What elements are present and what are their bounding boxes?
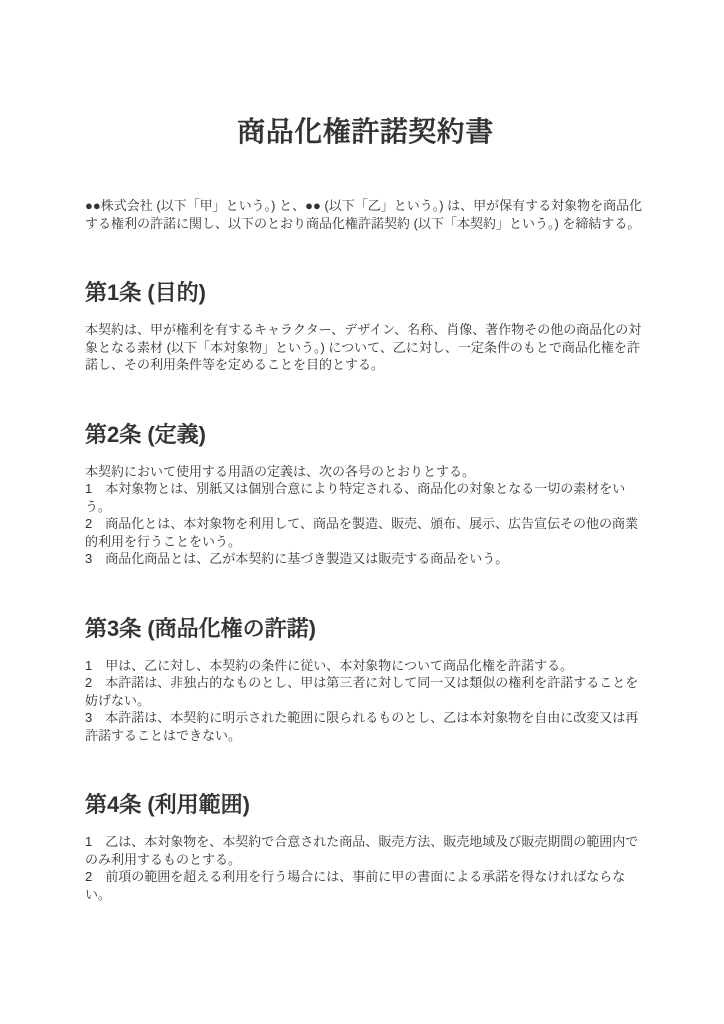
article-2: 第2条 (定義) 本契約において使用する用語の定義は、次の各号のとおりとする。 … [85,420,646,568]
article-4: 第4条 (利用範囲) 1 乙は、本対象物を、本契約で合意された商品、販売方法、販… [85,790,646,903]
article-2-item-1: 1 本対象物とは、別紙又は個別合意により特定される、商品化の対象となる一切の素材… [85,480,646,515]
article-1-paragraph: 本契約は、甲が権利を有するキャラクター、デザイン、名称、肖像、著作物その他の商品… [85,321,646,374]
article-2-item-3: 3 商品化商品とは、乙が本契約に基づき製造又は販売する商品をいう。 [85,550,646,568]
article-3-item-2: 2 本許諾は、非独占的なものとし、甲は第三者に対して同一又は類似の権利を許諾する… [85,674,646,709]
article-4-heading: 第4条 (利用範囲) [85,790,646,819]
article-4-item-1: 1 乙は、本対象物を、本契約で合意された商品、販売方法、販売地域及び販売期間の範… [85,833,646,868]
preamble-paragraph: ●●株式会社 (以下「甲」という。) と、●● (以下「乙」という。) は、甲が… [85,197,646,232]
document-title: 商品化権許諾契約書 [85,113,646,151]
article-3-item-1: 1 甲は、乙に対し、本契約の条件に従い、本対象物について商品化権を許諾する。 [85,657,646,675]
article-1-heading: 第1条 (目的) [85,278,646,307]
article-3: 第3条 (商品化権の許諾) 1 甲は、乙に対し、本契約の条件に従い、本対象物につ… [85,614,646,745]
article-3-item-3: 3 本許諾は、本契約に明示された範囲に限られるものとし、乙は本対象物を自由に改変… [85,709,646,744]
article-2-lead-paragraph: 本契約において使用する用語の定義は、次の各号のとおりとする。 [85,463,646,481]
article-4-item-2: 2 前項の範囲を超える利用を行う場合には、事前に甲の書面による承諾を得なければな… [85,868,646,903]
article-1: 第1条 (目的) 本契約は、甲が権利を有するキャラクター、デザイン、名称、肖像、… [85,278,646,374]
article-2-item-2: 2 商品化とは、本対象物を利用して、商品を製造、販売、頒布、展示、広告宣伝その他… [85,515,646,550]
article-3-heading: 第3条 (商品化権の許諾) [85,614,646,643]
contract-document-page: 商品化権許諾契約書 ●●株式会社 (以下「甲」という。) と、●● (以下「乙」… [0,0,724,1024]
article-2-heading: 第2条 (定義) [85,420,646,449]
